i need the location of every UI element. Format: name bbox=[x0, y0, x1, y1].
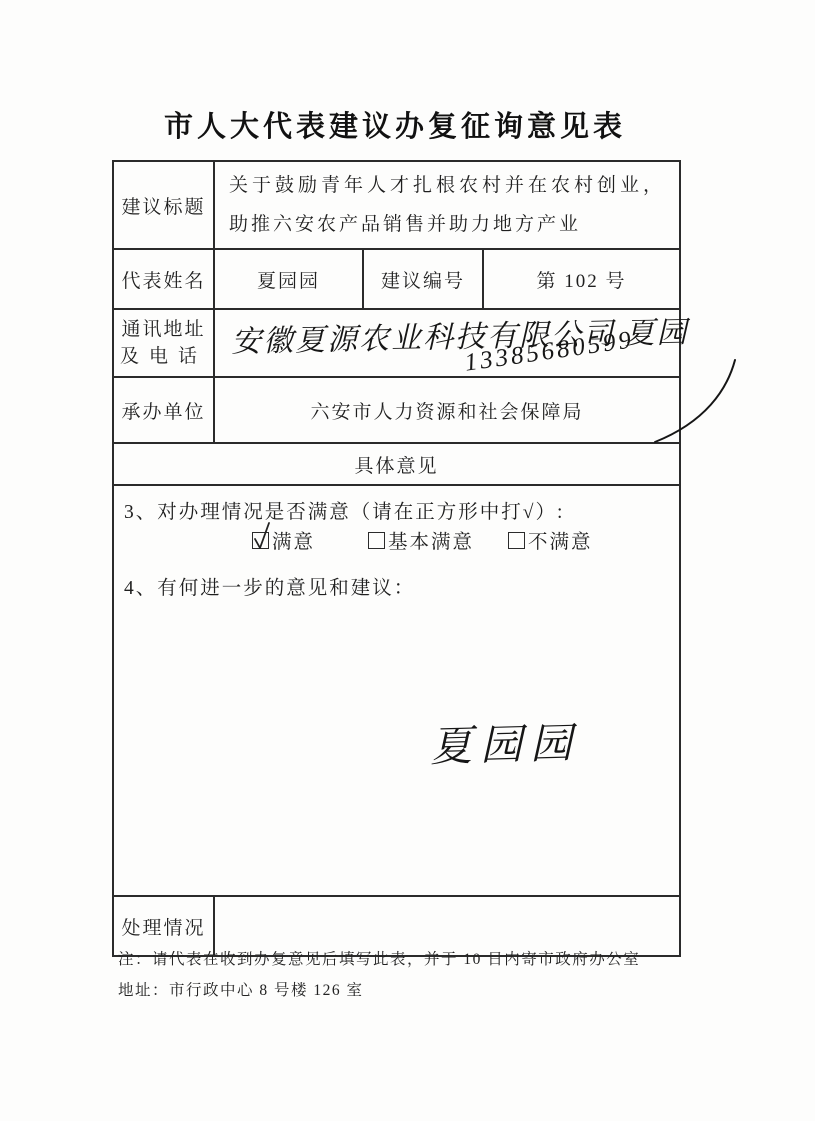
opinion-section-header: 具体意见 bbox=[113, 443, 680, 485]
option-satisfied-label: 满意 bbox=[272, 526, 315, 554]
option-basically-satisfied: 基本满意 bbox=[368, 526, 474, 554]
opinion-body-cell: 3、对办理情况是否满意（请在正方形中打√）: 满意 基本满意 不满意 bbox=[113, 485, 680, 896]
handling-unit-value: 六安市人力资源和社会保障局 bbox=[214, 377, 680, 443]
footer-note-line2: 地址：市行政中心 8 号楼 126 室 bbox=[118, 978, 364, 1000]
table-row: 具体意见 bbox=[113, 443, 680, 485]
representative-name-value: 夏园园 bbox=[214, 249, 363, 309]
table-row: 承办单位 六安市人力资源和社会保障局 bbox=[113, 377, 680, 443]
question4-text: 4、有何进一步的意见和建议： bbox=[124, 572, 415, 600]
suggestion-number-label: 建议编号 bbox=[363, 249, 483, 309]
page-title: 市人大代表建议办复征询意见表 bbox=[0, 104, 790, 145]
option-not-satisfied-label: 不满意 bbox=[528, 526, 593, 554]
option-basically-satisfied-label: 基本满意 bbox=[388, 526, 474, 554]
footer-note-line1: 注：请代表在收到办复意见后填写此表，并于 10 日内寄市政府办公室 bbox=[118, 947, 640, 969]
table-row: 通讯地址 及电话 安徽夏源农业科技有限公司 夏园 13385680599 bbox=[113, 309, 680, 377]
question3-text: 3、对办理情况是否满意（请在正方形中打√）: bbox=[124, 496, 564, 524]
contact-label: 通讯地址 及电话 bbox=[113, 309, 214, 377]
check-mark-icon bbox=[251, 521, 273, 551]
checkbox-not-satisfied bbox=[508, 532, 525, 549]
handling-unit-label: 承办单位 bbox=[113, 377, 214, 443]
table-row: 代表姓名 夏园园 建议编号 第 102 号 bbox=[113, 249, 680, 309]
option-satisfied: 满意 bbox=[252, 526, 315, 554]
suggestion-title-cell: 关于鼓励青年人才扎根农村并在农村创业，助推六安农产品销售并助力地方产业 bbox=[214, 161, 680, 249]
option-not-satisfied: 不满意 bbox=[508, 526, 593, 554]
table-row: 建议标题 关于鼓励青年人才扎根农村并在农村创业，助推六安农产品销售并助力地方产业 bbox=[113, 161, 680, 249]
table-row: 3、对办理情况是否满意（请在正方形中打√）: 满意 基本满意 不满意 bbox=[113, 485, 680, 896]
handwritten-signature: 夏园园 bbox=[429, 710, 581, 774]
checkbox-satisfied-checked bbox=[252, 532, 269, 549]
suggestion-title-value: 关于鼓励青年人才扎根农村并在农村创业，助推六安农产品销售并助力地方产业 bbox=[215, 162, 679, 248]
suggestion-feedback-table: 建议标题 关于鼓励青年人才扎根农村并在农村创业，助推六安农产品销售并助力地方产业… bbox=[112, 160, 681, 957]
scanned-form-page: 市人大代表建议办复征询意见表 建议标题 关于鼓励青年人才扎根农村并在农村创业，助… bbox=[0, 0, 815, 1121]
contact-value-cell: 安徽夏源农业科技有限公司 夏园 13385680599 bbox=[214, 309, 680, 377]
suggestion-title-label: 建议标题 bbox=[113, 161, 214, 249]
suggestion-number-value: 第 102 号 bbox=[483, 249, 680, 309]
checkbox-basically-satisfied bbox=[368, 532, 385, 549]
representative-name-label: 代表姓名 bbox=[113, 249, 214, 309]
